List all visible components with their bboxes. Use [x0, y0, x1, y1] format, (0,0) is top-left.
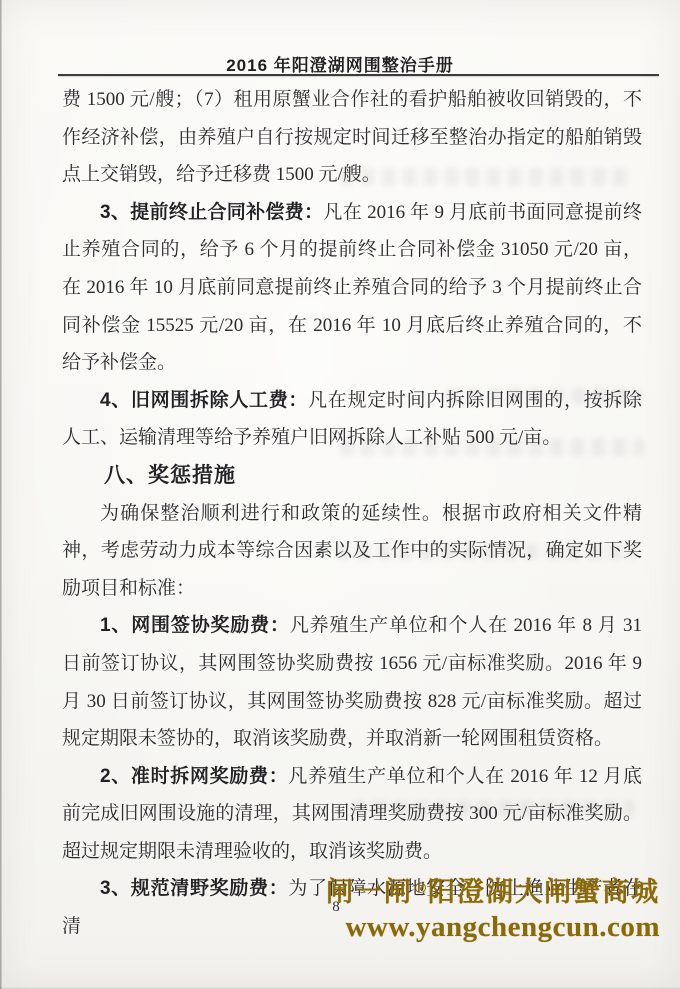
- text-run: 为确保整治顺利进行和政策的延续性。根据市政府相关文件精神，考虑劳动力成本等综合因…: [62, 503, 642, 599]
- shop-name-prefix: 闸一闸: [326, 877, 413, 907]
- header-rule: [58, 74, 659, 76]
- section-heading: 八、奖惩措施: [62, 457, 642, 495]
- paragraph: 为确保整治顺利进行和政策的延续性。根据市政府相关文件精神，考虑劳动力成本等综合因…: [62, 495, 642, 608]
- paragraph: 2、准时拆网奖励费：凡养殖生产单位和个人在 2016 年 12 月底前完成旧网围…: [62, 758, 642, 871]
- shop-watermark: 闸一闸®阳澄湖大闸蟹商城 www.yangchengcun.com: [326, 872, 660, 945]
- document-body: 费 1500 元/艘；（7）租用原蟹业合作社的看护船舶被收回销毁的，不作经济补偿…: [62, 81, 642, 946]
- bold-run: 1、网围签协奖励费：: [100, 615, 290, 636]
- bold-run: 3、规范清野奖励费：: [100, 878, 288, 899]
- paragraph: 3、提前终止合同补偿费：凡在 2016 年 9 月底前书面同意提前终止养殖合同的…: [62, 194, 642, 382]
- shop-watermark-url: www.yangchengcun.com: [326, 909, 660, 945]
- bold-run: 八、奖惩措施: [104, 464, 236, 487]
- bold-run: 3、提前终止合同补偿费：: [100, 202, 323, 223]
- paragraph: 1、网围签协奖励费：凡养殖生产单位和个人在 2016 年 8 月 31 日前签订…: [62, 607, 642, 757]
- page-left-edge-shadow: [0, 0, 2, 989]
- registered-trademark-icon: ®: [413, 880, 428, 897]
- running-header-title: 2016 年阳澄湖网围整治手册: [0, 51, 680, 76]
- shop-name-suffix: 阳澄湖大闸蟹商城: [428, 877, 660, 907]
- text-run: 凡在 2016 年 9 月底前书面同意提前终止养殖合同的，给予 6 个月的提前终…: [62, 202, 642, 373]
- text-run: 费 1500 元/艘；（7）租用原蟹业合作社的看护船舶被收回销毁的，不作经济补偿…: [62, 89, 642, 185]
- paragraph: 4、旧网围拆除人工费：凡在规定时间内拆除旧网围的，按拆除人工、运输清理等给予养殖…: [62, 382, 642, 457]
- bold-run: 2、准时拆网奖励费：: [100, 766, 288, 787]
- paragraph: 费 1500 元/艘；（7）租用原蟹业合作社的看护船舶被收回销毁的，不作经济补偿…: [62, 81, 642, 194]
- shop-watermark-name: 闸一闸®阳澄湖大闸蟹商城: [326, 872, 660, 909]
- bold-run: 4、旧网围拆除人工费：: [100, 390, 308, 411]
- scanned-document-page: 2016 年阳澄湖网围整治手册 费 1500 元/艘；（7）租用原蟹业合作社的看…: [0, 0, 680, 989]
